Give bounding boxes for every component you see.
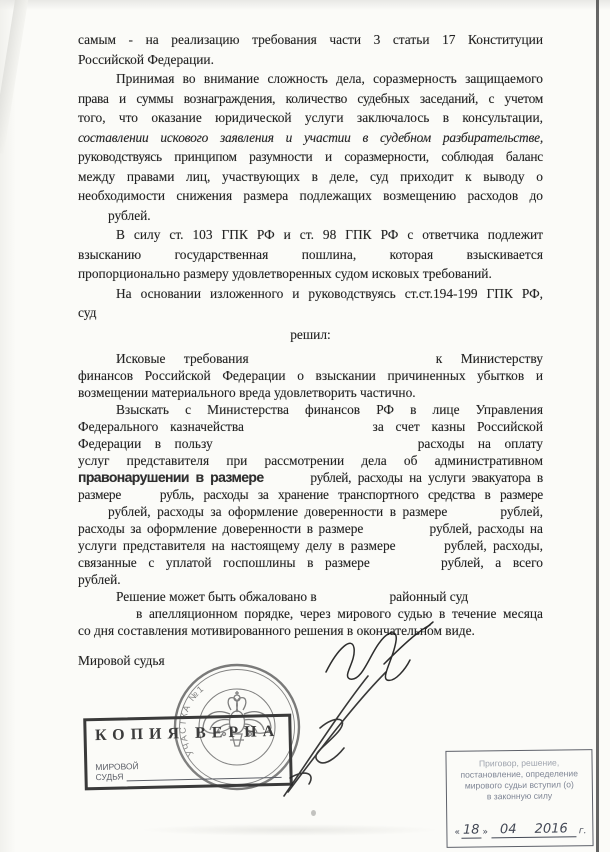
- line-text: Исковые требования: [116, 351, 249, 366]
- redacted-blank: [130, 497, 150, 499]
- redacted-blank: [78, 218, 108, 220]
- redacted-blank: [270, 480, 304, 482]
- text-line: того, что оказание юридической услуги за…: [78, 108, 543, 128]
- redacted-blank: [78, 616, 136, 618]
- text-line: правонарушении в размере рублей, расходы…: [78, 469, 543, 486]
- text-line: Российской Федерации.: [78, 50, 543, 70]
- stamp-line: в законную силу: [447, 790, 592, 803]
- line-text: услуги представителя на настоящему делу …: [78, 538, 396, 553]
- document-body: самым - на реализацию требования части 3…: [78, 30, 543, 671]
- line-text: связанные с уплатой госпошлины в размере: [78, 555, 370, 570]
- text-line: услуг представителя при рассмотрении дел…: [78, 452, 543, 469]
- scan-smudge-artifact: [140, 824, 440, 836]
- date-month: 04: [500, 822, 517, 837]
- text-line: взысканию государственная пошлина, котор…: [78, 245, 543, 265]
- copy-stamp-subtext: МИРОВОЙ СУДЬЯ: [95, 758, 281, 782]
- text-line: Решение может быть обжаловано в районный…: [78, 588, 543, 605]
- text-line: Исковые требования к Министерству: [78, 350, 543, 367]
- handwritten-date: «18»042016г.: [453, 821, 586, 839]
- line-text: рубль, расходы за хранение транспортного…: [160, 487, 543, 502]
- redacted-blank: [267, 361, 417, 363]
- line-text: рублей, расходы,: [444, 538, 543, 553]
- text-line: На основании изложенного и руководствуяс…: [78, 284, 543, 304]
- copy-stamp-title: КОПИЯ ВЕРНА: [86, 723, 288, 746]
- redacted-blank: [369, 531, 424, 533]
- text-line: со дня составления мотивированного решен…: [78, 622, 543, 639]
- date-quote-close: »: [482, 827, 488, 837]
- text-line: рублей.: [78, 571, 543, 588]
- line-text: рублей, расходы на: [429, 521, 543, 536]
- line-text: к Министерству: [436, 351, 543, 366]
- text-line: услуги представителя на настоящему делу …: [78, 537, 543, 554]
- text-line: Федерации в пользу расходы на оплату: [78, 435, 543, 452]
- text-line: необходимости снижения размера подлежащи…: [78, 186, 543, 206]
- stamp-line: мирового судьи вступил (о): [447, 779, 592, 792]
- text-line: Федерального казначейства за счет казны …: [78, 418, 543, 435]
- text-line: связанные с уплатой госпошлины в размере…: [78, 554, 543, 571]
- text-line: составлении искового заявления и участии…: [78, 128, 543, 148]
- line-text: Федерального казначейства: [78, 419, 244, 434]
- redacted-blank: [454, 514, 494, 516]
- line-text: рублей.: [108, 208, 151, 223]
- text-line: суд: [78, 303, 543, 323]
- date-suffix: г.: [579, 826, 587, 836]
- line-text: районный суд: [389, 589, 468, 604]
- text-line: В силу ст. 103 ГПК РФ и ст. 98 ГПК РФ с …: [78, 225, 543, 245]
- section-reasoning: самым - на реализацию требования части 3…: [78, 30, 543, 344]
- text-line: пропорционально размеру удовлетворенных …: [78, 264, 543, 284]
- redacted-blank: [402, 548, 438, 550]
- scanned-court-decision-page: самым - на реализацию требования части 3…: [0, 0, 610, 852]
- text-line: руководствуясь принципом разумности и со…: [78, 147, 543, 167]
- text-line: Принимая во внимание сложность дела, сор…: [78, 69, 543, 89]
- text-line: возмещении материального вреда удовлетво…: [78, 384, 543, 401]
- line-text: рублей,: [500, 504, 543, 519]
- redacted-blank: [256, 429, 361, 431]
- text-line: размере рубль, расходы за хранение транс…: [78, 486, 543, 503]
- text-line: в апелляционном порядке, через мирового …: [78, 605, 543, 622]
- certifying-signature-icon: [266, 666, 411, 808]
- text-line: расходы за оформление доверенности в раз…: [78, 520, 543, 537]
- redacted-blank: [78, 514, 108, 516]
- text-line: рублей, расходы за оформление довереннос…: [78, 503, 543, 520]
- date-day: 18: [461, 822, 482, 838]
- line-text: Федерации в пользу: [78, 436, 213, 451]
- line-text: рублей, расходы за оформление довереннос…: [108, 504, 447, 519]
- date-year: 2016: [535, 821, 568, 836]
- copy-verified-stamp: КОПИЯ ВЕРНА МИРОВОЙ СУДЬЯ: [83, 714, 293, 791]
- scan-corner-artifact: [0, 0, 30, 154]
- scan-page-edge-artifact: [596, 0, 599, 852]
- signature-blank-line: [126, 769, 281, 782]
- redacted-blank: [226, 446, 404, 448]
- legal-force-stamp: Приговор, решение, постановление, опреде…: [445, 749, 593, 848]
- text-line: между правами лиц, участвующих в деле, с…: [78, 167, 543, 187]
- redacted-blank: [381, 565, 429, 567]
- inserted-condensed-text: правонарушении в размере: [78, 469, 264, 485]
- section-resolution: Исковые требования к Министерству финанс…: [78, 350, 543, 639]
- scan-speck-artifact: [311, 810, 316, 816]
- stamp-line: Приговор, решение,: [447, 757, 592, 770]
- line-text: расходы на оплату: [418, 436, 543, 451]
- text-line: Взыскать с Министерства финансов РФ в ли…: [78, 401, 543, 418]
- text-line: самым - на реализацию требования части 3…: [78, 30, 543, 50]
- line-text: за счет казны Российской: [373, 419, 543, 434]
- text-line: рублей.: [78, 206, 543, 226]
- judge-title-label: Мировой судья: [78, 653, 165, 668]
- line-text: расходы за оформление доверенности в раз…: [78, 521, 363, 536]
- text-line: права и суммы вознаграждения, количество…: [78, 89, 543, 109]
- resolution-heading: решил:: [78, 325, 543, 345]
- copy-stamp-line2: СУДЬЯ: [95, 771, 123, 782]
- text-line: финансов Российской Федерации о взыскани…: [78, 367, 543, 384]
- line-text: Решение может быть обжаловано в: [116, 589, 317, 604]
- legal-force-stamp-text: Приговор, решение, постановление, опреде…: [446, 750, 592, 803]
- redacted-blank: [320, 599, 386, 601]
- line-text: рублей, расходы на услуги эвакуатора в: [310, 470, 543, 485]
- line-text: размере: [78, 487, 121, 502]
- date-quote-open: «: [454, 828, 460, 838]
- line-text: рублей, а всего: [441, 555, 543, 570]
- inserted-italic-text: составлении искового заявления и участии…: [78, 130, 543, 145]
